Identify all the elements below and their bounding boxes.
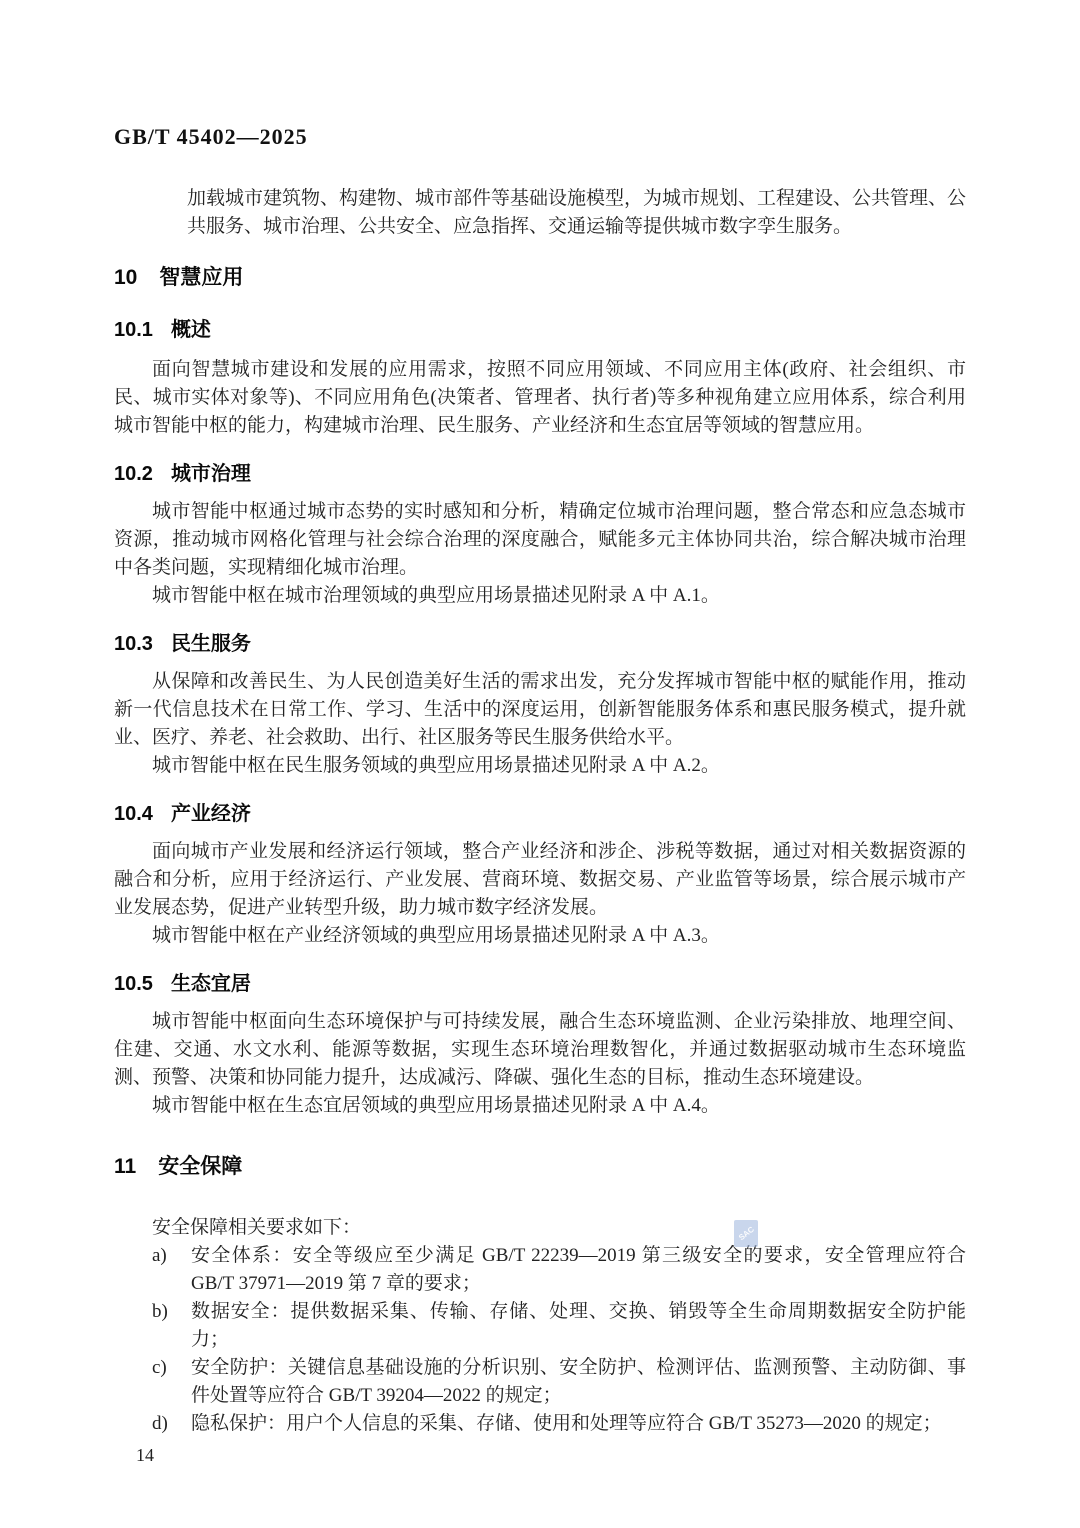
section-10-2-body: 城市智能中枢通过城市态势的实时感知和分析，精确定位城市治理问题，整合常态和应急态… bbox=[114, 498, 966, 582]
security-item-a: a) 安全体系：安全等级应至少满足 GB/T 22239—2019 第三级安全的… bbox=[152, 1242, 966, 1298]
section-10-5-number: 10.5 bbox=[114, 973, 153, 995]
section-10-5-title: 生态宜居 bbox=[171, 973, 251, 995]
item-b-text: 数据安全：提供数据采集、传输、存储、处理、交换、销毁等全生命周期数据安全防护能力… bbox=[191, 1298, 966, 1354]
item-b-marker: b) bbox=[152, 1298, 191, 1354]
chapter-10-number: 10 bbox=[114, 266, 137, 289]
item-d-text: 隐私保护：用户个人信息的采集、存储、使用和处理等应符合 GB/T 35273—2… bbox=[191, 1410, 966, 1438]
section-10-2-heading: 10.2城市治理 bbox=[114, 462, 966, 486]
item-a-marker: a) bbox=[152, 1242, 191, 1298]
chapter-11-intro: 安全保障相关要求如下： bbox=[114, 1214, 966, 1242]
chapter-10-heading: 10智慧应用 bbox=[114, 266, 966, 290]
section-10-4-heading: 10.4产业经济 bbox=[114, 802, 966, 826]
section-10-3-body: 从保障和改善民生、为人民创造美好生活的需求出发，充分发挥城市智能中枢的赋能作用，… bbox=[114, 668, 966, 752]
document-page: GB/T 45402—2025 加载城市建筑物、构建物、城市部件等基础设施模型，… bbox=[0, 0, 1080, 1528]
section-10-4-body: 面向城市产业发展和经济运行领域，整合产业经济和涉企、涉税等数据，通过对相关数据资… bbox=[114, 838, 966, 922]
page-number: 14 bbox=[136, 1444, 966, 1466]
item-a-text: 安全体系：安全等级应至少满足 GB/T 22239—2019 第三级安全的要求，… bbox=[191, 1242, 966, 1298]
section-10-3-note: 城市智能中枢在民生服务领域的典型应用场景描述见附录 A 中 A.2。 bbox=[114, 752, 966, 780]
chapter-11-heading: 11安全保障 bbox=[114, 1155, 966, 1179]
section-10-1-body: 面向智慧城市建设和发展的应用需求，按照不同应用领域、不同应用主体(政府、社会组织… bbox=[114, 356, 966, 440]
section-10-4-title: 产业经济 bbox=[171, 803, 251, 825]
chapter-11-title: 安全保障 bbox=[158, 1155, 242, 1178]
continuation-paragraph: 加载城市建筑物、构建物、城市部件等基础设施模型，为城市规划、工程建设、公共管理、… bbox=[187, 185, 966, 241]
section-10-1-number: 10.1 bbox=[114, 319, 153, 341]
section-10-3-number: 10.3 bbox=[114, 633, 153, 655]
section-10-2-title: 城市治理 bbox=[171, 463, 251, 485]
section-10-5-body: 城市智能中枢面向生态环境保护与可持续发展，融合生态环境监测、企业污染排放、地理空… bbox=[114, 1008, 966, 1092]
section-10-5-note: 城市智能中枢在生态宜居领域的典型应用场景描述见附录 A 中 A.4。 bbox=[114, 1092, 966, 1120]
section-10-2-note: 城市智能中枢在城市治理领域的典型应用场景描述见附录 A 中 A.1。 bbox=[114, 582, 966, 610]
chapter-11-number: 11 bbox=[114, 1155, 136, 1178]
item-d-marker: d) bbox=[152, 1410, 191, 1438]
section-10-4-note: 城市智能中枢在产业经济领域的典型应用场景描述见附录 A 中 A.3。 bbox=[114, 922, 966, 950]
item-c-marker: c) bbox=[152, 1354, 191, 1410]
section-10-3-title: 民生服务 bbox=[171, 633, 251, 655]
section-10-3-heading: 10.3民生服务 bbox=[114, 632, 966, 656]
section-10-2-number: 10.2 bbox=[114, 463, 153, 485]
security-item-d: d) 隐私保护：用户个人信息的采集、存储、使用和处理等应符合 GB/T 3527… bbox=[152, 1410, 966, 1438]
security-item-c: c) 安全防护：关键信息基础设施的分析识别、安全防护、检测评估、监测预警、主动防… bbox=[152, 1354, 966, 1410]
section-10-1-heading: 10.1概述 bbox=[114, 318, 966, 342]
item-c-text: 安全防护：关键信息基础设施的分析识别、安全防护、检测评估、监测预警、主动防御、事… bbox=[191, 1354, 966, 1410]
section-10-4-number: 10.4 bbox=[114, 803, 153, 825]
security-item-b: b) 数据安全：提供数据采集、传输、存储、处理、交换、销毁等全生命周期数据安全防… bbox=[152, 1298, 966, 1354]
section-10-1-title: 概述 bbox=[171, 319, 211, 341]
page-content: GB/T 45402—2025 加载城市建筑物、构建物、城市部件等基础设施模型，… bbox=[114, 0, 966, 1466]
chapter-10-title: 智慧应用 bbox=[159, 266, 243, 289]
section-10-5-heading: 10.5生态宜居 bbox=[114, 972, 966, 996]
standard-number-header: GB/T 45402—2025 bbox=[114, 125, 966, 149]
